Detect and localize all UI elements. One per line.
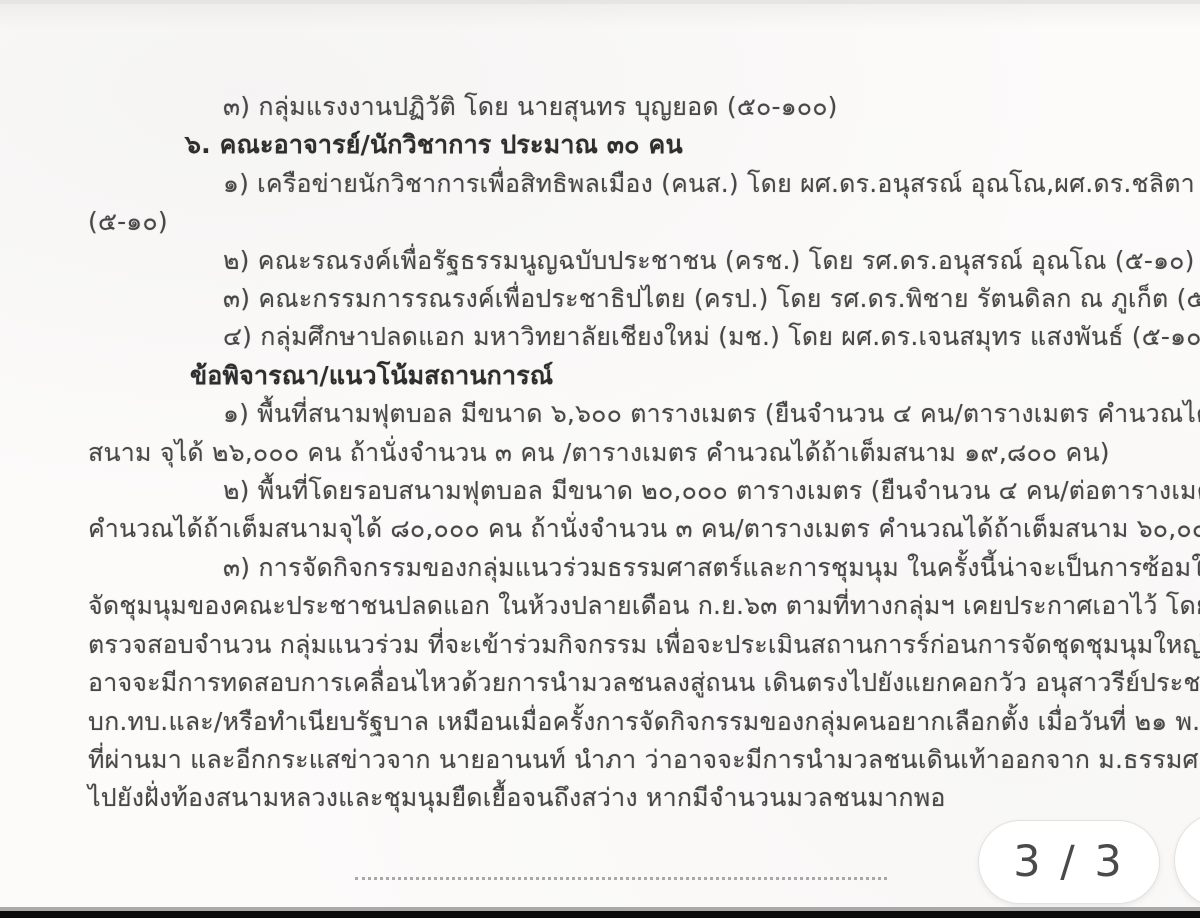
doc-line: ๔) กลุ่มศึกษาปลดแอก มหาวิทยาลัยเชียงใหม่… <box>0 318 1200 356</box>
doc-line: ตรวจสอบจำนวน กลุ่มแนวร่วม ที่จะเข้าร่วมก… <box>0 626 1200 664</box>
doc-line: ไปยังฝั่งท้องสนามหลวงและชุมนุมยืดเยื้อจน… <box>0 779 1200 817</box>
doc-line: (๕-๑๐) <box>0 203 1200 241</box>
doc-line: ที่ผ่านมา และอีกกระแสข่าวจาก นายอานนท์ น… <box>0 741 1200 779</box>
doc-line: คำนวณได้ถ้าเต็มสนามจุได้ ๘๐,๐๐๐ คน ถ้านั… <box>0 510 1200 548</box>
doc-line: ๓) การจัดกิจกรรมของกลุ่มแนวร่วมธรรมศาสตร… <box>0 549 1200 587</box>
doc-line: บก.ทบ.และ/หรือทำเนียบรัฐบาล เหมือนเมื่อค… <box>0 703 1200 741</box>
doc-line: ๒) พื้นที่โดยรอบสนามฟุตบอล มีขนาด ๒๐,๐๐๐… <box>0 472 1200 510</box>
doc-line: ๑) พื้นที่สนามฟุตบอล มีขนาด ๖,๖๐๐ ตารางเ… <box>0 395 1200 433</box>
page-indicator-label: 3 / 3 <box>1013 837 1125 887</box>
doc-line: อาจจะมีการทดสอบการเคลื่อนไหวด้วยการนำมวล… <box>0 664 1200 702</box>
doc-line: ๓) กลุ่มแรงงานปฏิวัติ โดย นายสุนทร บุญยอ… <box>0 88 1200 126</box>
bottom-edge-black-strip <box>0 911 1200 918</box>
doc-line: ๒) คณะรณรงค์เพื่อรัฐธรรมนูญฉบับประชาชน (… <box>0 242 1200 280</box>
doc-line: สนาม จุได้ ๒๖,๐๐๐ คน ถ้านั่งจำนวน ๓ คน /… <box>0 434 1200 472</box>
doc-line: ๑) เครือข่ายนักวิชาการเพื่อสิทธิพลเมือง … <box>0 165 1200 203</box>
doc-section-heading: ข้อพิจารณา/แนวโน้มสถานการณ์ <box>0 357 1200 395</box>
doc-section-heading: ๖. คณะอาจารย์/นักวิชาการ ประมาณ ๓๐ คน <box>0 126 1200 164</box>
page-indicator-pill: 3 / 3 <box>978 820 1160 904</box>
dotted-divider <box>355 877 887 880</box>
doc-line: ๓) คณะกรรมการรณรงค์เพื่อประชาธิปไตย (ครป… <box>0 280 1200 318</box>
document-page: ๓) กลุ่มแรงงานปฏิวัติ โดย นายสุนทร บุญยอ… <box>0 88 1200 818</box>
edge-pill-fragment <box>1174 812 1200 908</box>
top-edge-shadow <box>0 4 1200 28</box>
doc-line: จัดชุมนุมของคณะประชาชนปลดแอก ในห้วงปลายเ… <box>0 587 1200 625</box>
